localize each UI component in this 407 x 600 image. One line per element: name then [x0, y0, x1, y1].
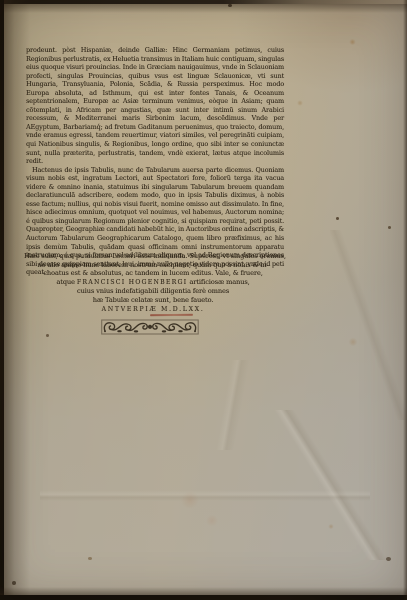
colophon-line-2: ne alio animo hunc laborem nostrum excip…	[24, 261, 282, 270]
colophon-line-6: hæ Tabulæ celatæ sunt, bene faueto.	[24, 296, 282, 305]
colophon-line-5: cuius vnius indefatigabili diligentia fe…	[24, 287, 282, 296]
colophon-line-3: choatus est & absolutus, ac tandem in lu…	[24, 269, 282, 278]
paragraph-1: prodeunt. pòst Hispaniæ, deinde Galliæ: …	[26, 46, 284, 166]
tailpiece-ornament-icon	[101, 319, 199, 335]
colophon-line-4-suffix: artificiosæ manus,	[187, 278, 249, 286]
printer-name: FRANCISCI HOGENBERGI	[77, 279, 188, 286]
colophon: Hæc sunt, quæ putauimus Lectori esse ind…	[24, 252, 282, 315]
colophon-line-1: Hæc sunt, quæ putauimus Lectori esse ind…	[24, 252, 282, 261]
page-text: prodeunt. pòst Hispaniæ, deinde Galliæ: …	[26, 46, 284, 277]
colophon-line-4-prefix: atque	[56, 278, 76, 286]
book-page-scan: prodeunt. pòst Hispaniæ, deinde Galliæ: …	[0, 0, 407, 600]
colophon-line-4: atque FRANCISCI HOGENBERGI artificiosæ m…	[24, 278, 282, 288]
